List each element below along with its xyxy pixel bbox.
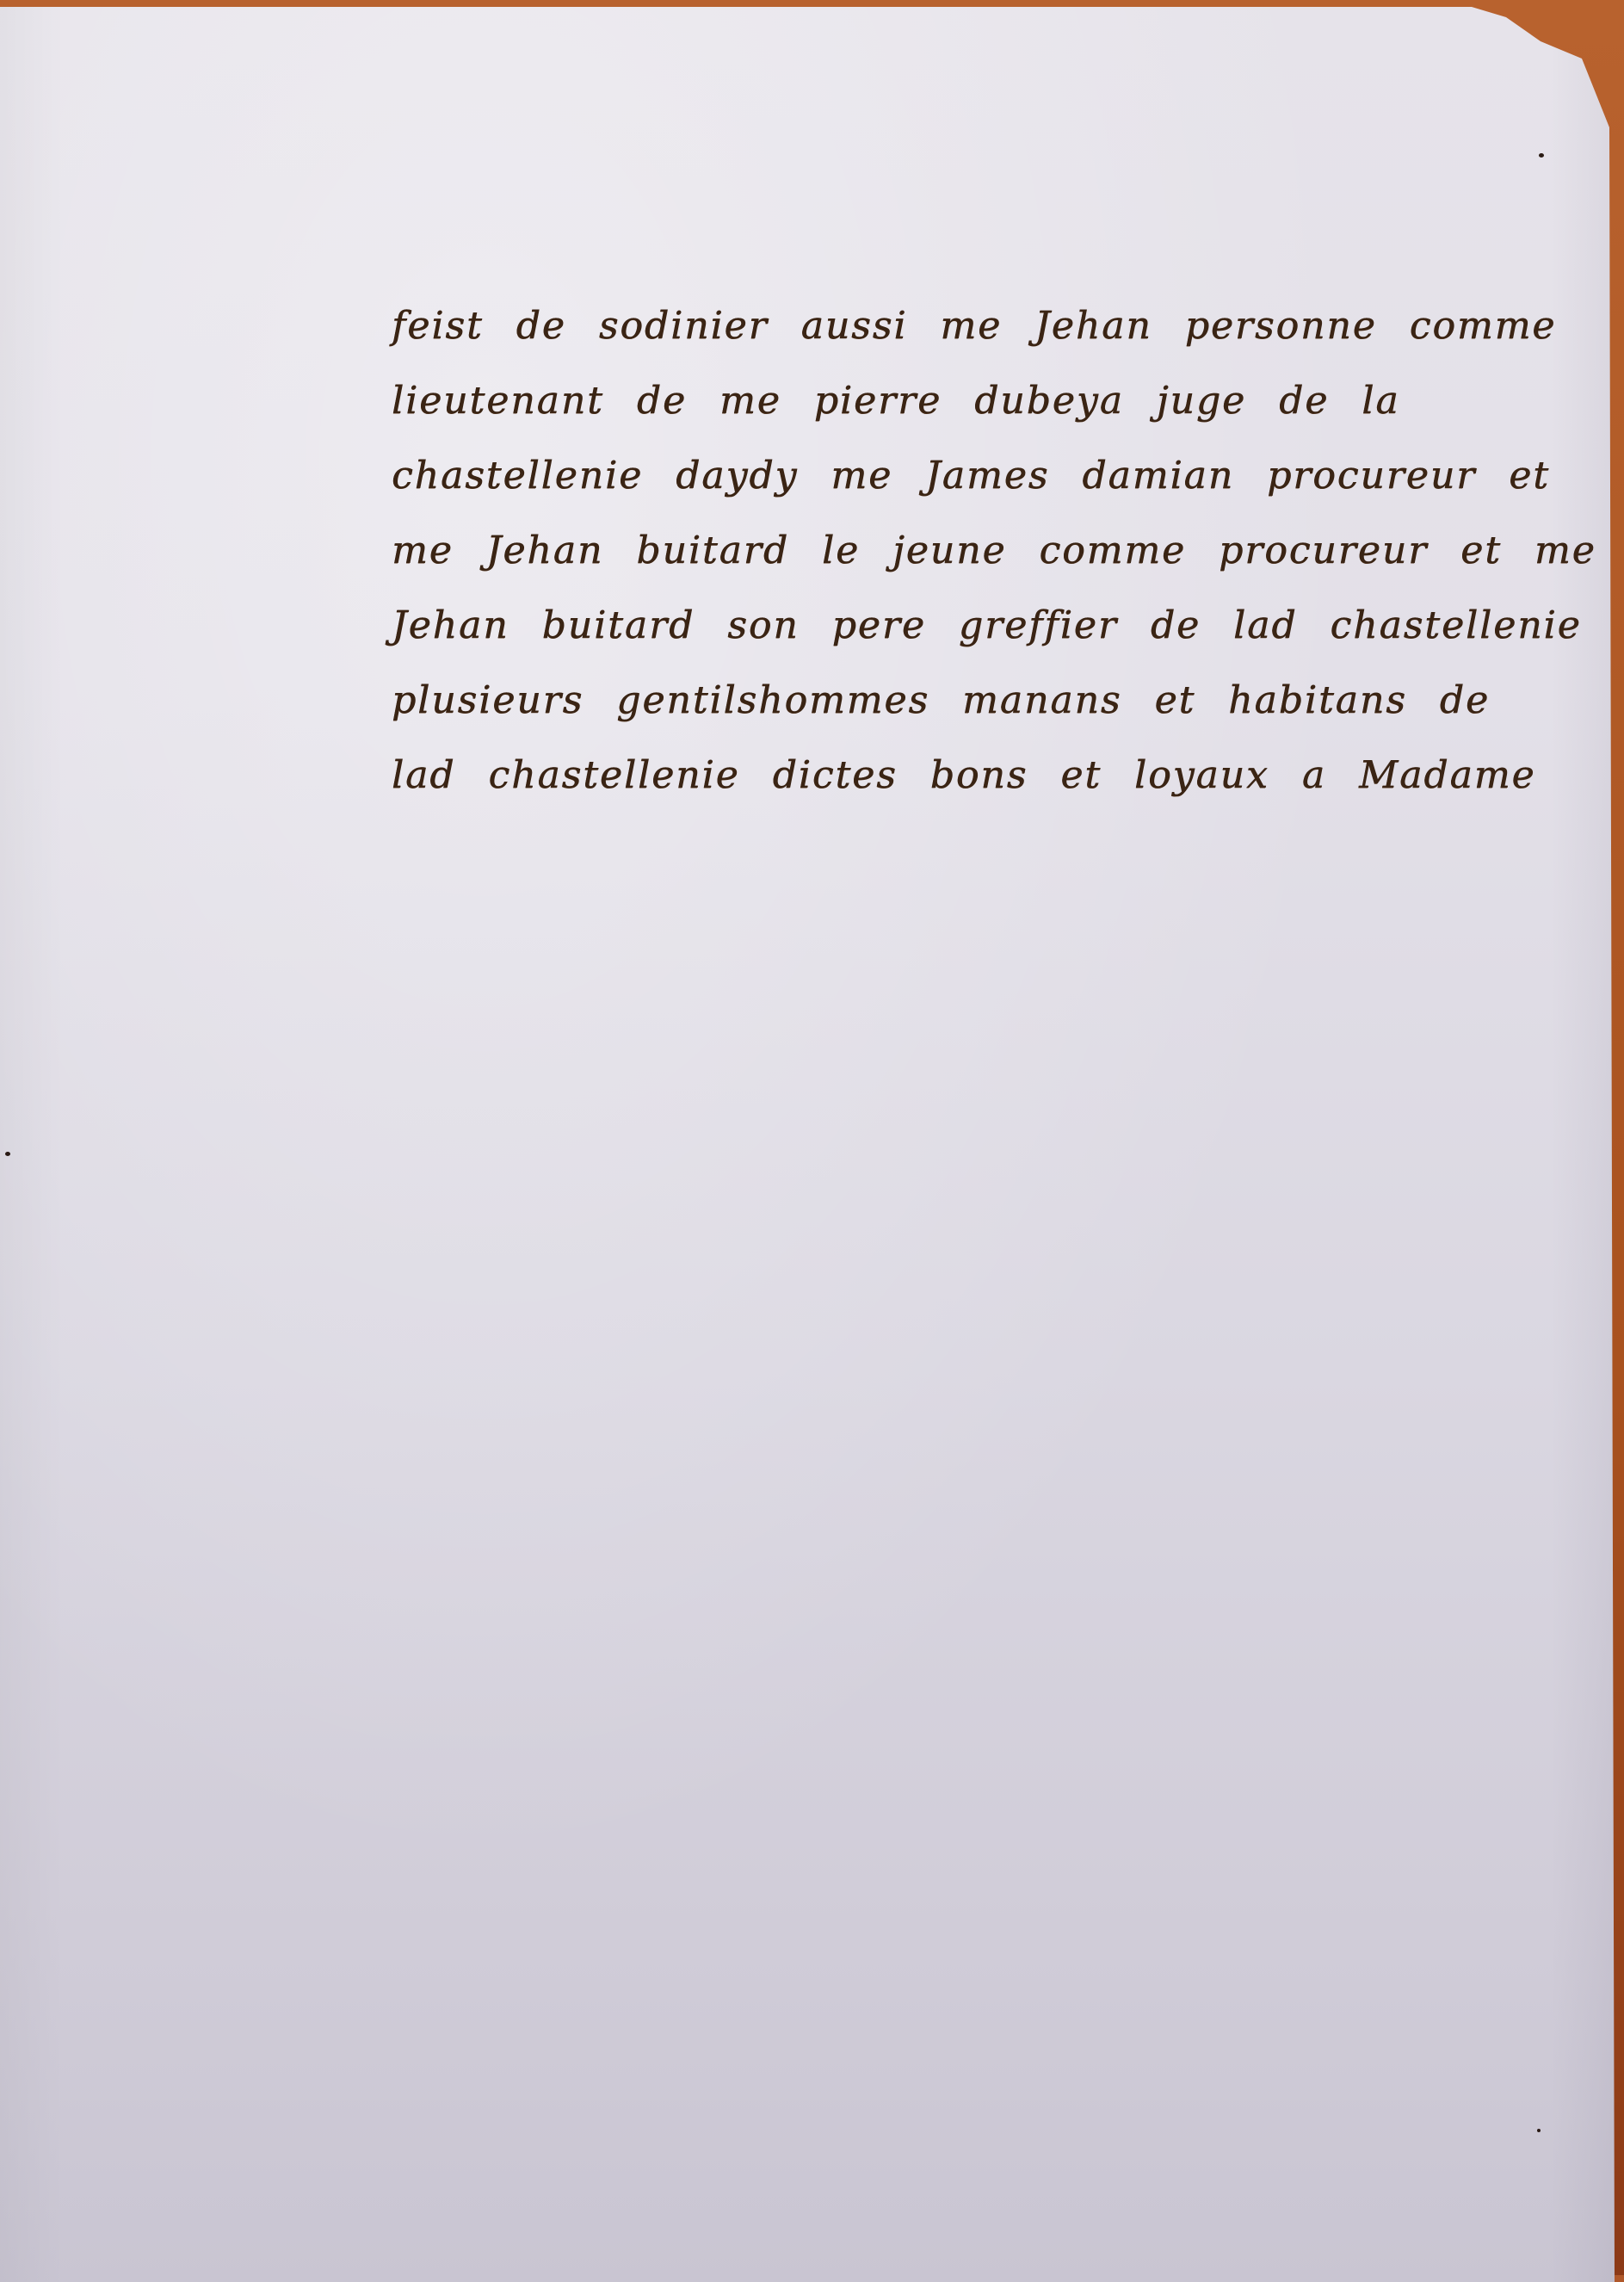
manuscript-line-3: chastellenie daydy me James damian procu…: [392, 454, 1614, 529]
ink-speck: [1537, 2129, 1541, 2132]
manuscript-page: feist de sodinier aussi me Jehan personn…: [0, 7, 1615, 2275]
manuscript-line-7: lad chastellenie dictes bons et loyaux a…: [392, 753, 1614, 828]
manuscript-line-6: plusieurs gentilshommes manans et habita…: [392, 678, 1614, 753]
ink-speck: [1539, 153, 1544, 158]
manuscript-line-4: me Jehan buitard le jeune comme procureu…: [392, 529, 1614, 603]
manuscript-text-block: feist de sodinier aussi me Jehan personn…: [392, 304, 1614, 828]
manuscript-line-5: Jehan buitard son pere greffier de lad c…: [392, 603, 1614, 678]
manuscript-line-2: lieutenant de me pierre dubeya juge de l…: [392, 379, 1614, 454]
ink-speck: [5, 1152, 10, 1156]
manuscript-line-1: feist de sodinier aussi me Jehan personn…: [392, 304, 1614, 379]
